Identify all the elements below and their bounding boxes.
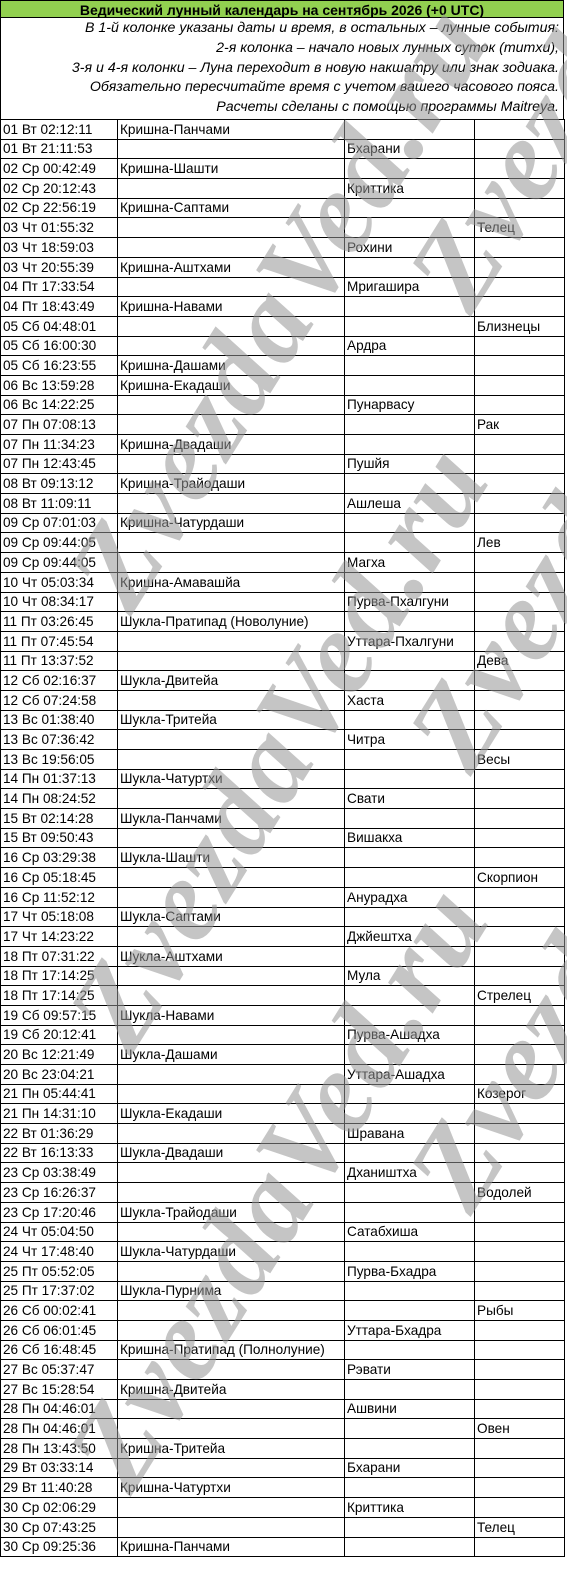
date-time-cell: 10 Чт 05:03:34 <box>1 572 118 592</box>
date-time-cell: 17 Чт 05:18:08 <box>1 907 118 927</box>
zodiac-cell <box>475 474 565 494</box>
date-time-cell: 09 Ср 07:01:03 <box>1 513 118 533</box>
tithi-cell: Шукла-Дашами <box>118 1045 345 1065</box>
date-time-cell: 25 Пт 17:37:02 <box>1 1281 118 1301</box>
nakshatra-cell: Рохини <box>345 238 475 258</box>
table-row: 30 Ср 02:06:29Криттика <box>1 1498 565 1518</box>
zodiac-cell <box>475 1320 565 1340</box>
table-row: 20 Вс 12:21:49Шукла-Дашами <box>1 1045 565 1065</box>
tithi-cell: Шукла-Шашти <box>118 848 345 868</box>
zodiac-cell <box>475 1222 565 1242</box>
date-time-cell: 21 Пн 14:31:10 <box>1 1104 118 1124</box>
tithi-cell <box>118 415 345 435</box>
date-time-cell: 29 Вт 03:33:14 <box>1 1458 118 1478</box>
table-row: 26 Сб 06:01:45Уттара-Бхадра <box>1 1320 565 1340</box>
date-time-cell: 29 Вт 11:40:28 <box>1 1478 118 1498</box>
tithi-cell: Шукла-Пурнима <box>118 1281 345 1301</box>
table-row: 27 Вс 15:28:54Кришна-Двитейа <box>1 1380 565 1400</box>
tithi-cell: Шукла-Двитейа <box>118 671 345 691</box>
tithi-cell <box>118 316 345 336</box>
date-time-cell: 07 Пн 07:08:13 <box>1 415 118 435</box>
nakshatra-cell <box>345 316 475 336</box>
date-time-cell: 27 Вс 15:28:54 <box>1 1380 118 1400</box>
date-time-cell: 05 Сб 16:00:30 <box>1 336 118 356</box>
zodiac-cell <box>475 1005 565 1025</box>
zodiac-cell <box>475 887 565 907</box>
tithi-cell: Кришна-Тритейа <box>118 1439 345 1459</box>
date-time-cell: 19 Сб 20:12:41 <box>1 1025 118 1045</box>
nakshatra-cell <box>345 120 475 140</box>
table-row: 06 Вс 13:59:28Кришна-Екадаши <box>1 375 565 395</box>
tithi-cell <box>118 1360 345 1380</box>
date-time-cell: 12 Сб 07:24:58 <box>1 690 118 710</box>
tithi-cell: Шукла-Панчами <box>118 809 345 829</box>
table-row: 23 Ср 17:20:46Шукла-Трайодаши <box>1 1202 565 1222</box>
tithi-cell: Кришна-Екадаши <box>118 375 345 395</box>
table-row: 19 Сб 20:12:41Пурва-Ашадха <box>1 1025 565 1045</box>
table-row: 28 Пн 13:43:50Кришна-Тритейа <box>1 1439 565 1459</box>
date-time-cell: 15 Вт 02:14:28 <box>1 809 118 829</box>
nakshatra-cell: Мула <box>345 966 475 986</box>
date-time-cell: 09 Ср 09:44:05 <box>1 553 118 573</box>
tithi-cell <box>118 336 345 356</box>
zodiac-cell <box>475 828 565 848</box>
zodiac-cell <box>475 927 565 947</box>
table-row: 05 Сб 16:23:55Кришна-Дашами <box>1 356 565 376</box>
zodiac-cell <box>475 1439 565 1459</box>
date-time-cell: 12 Сб 02:16:37 <box>1 671 118 691</box>
date-time-cell: 11 Пт 13:37:52 <box>1 651 118 671</box>
date-time-cell: 13 Вс 19:56:05 <box>1 750 118 770</box>
nakshatra-cell: Пушйя <box>345 454 475 474</box>
date-time-cell: 19 Сб 09:57:15 <box>1 1005 118 1025</box>
zodiac-cell <box>475 513 565 533</box>
nakshatra-cell <box>345 415 475 435</box>
nakshatra-cell <box>345 651 475 671</box>
tithi-cell <box>118 395 345 415</box>
table-row: 11 Пт 07:45:54Уттара-Пхалгуни <box>1 631 565 651</box>
zodiac-cell <box>475 1340 565 1360</box>
table-row: 09 Ср 09:44:05Лев <box>1 533 565 553</box>
date-time-cell: 13 Вс 07:36:42 <box>1 730 118 750</box>
nakshatra-cell <box>345 1005 475 1025</box>
tithi-cell: Шукла-Пратипад (Новолуние) <box>118 612 345 632</box>
zodiac-cell <box>475 1498 565 1518</box>
nakshatra-cell <box>345 297 475 317</box>
table-row: 06 Вс 14:22:25Пунарвасу <box>1 395 565 415</box>
tithi-cell <box>118 789 345 809</box>
nakshatra-cell: Пунарвасу <box>345 395 475 415</box>
tithi-cell <box>118 1183 345 1203</box>
nakshatra-cell: Анурадха <box>345 887 475 907</box>
table-row: 02 Ср 22:56:19Кришна-Саптами <box>1 198 565 218</box>
table-row: 16 Ср 05:18:45Скорпион <box>1 868 565 888</box>
table-row: 02 Ср 00:42:49Кришна-Шашти <box>1 159 565 179</box>
nakshatra-cell <box>345 848 475 868</box>
date-time-cell: 20 Вс 12:21:49 <box>1 1045 118 1065</box>
zodiac-cell <box>475 257 565 277</box>
zodiac-cell <box>475 139 565 159</box>
tithi-cell: Шукла-Саптами <box>118 907 345 927</box>
note-line: В 1-й колонке указаны даты и время, в ос… <box>1 19 563 39</box>
tithi-cell <box>118 533 345 553</box>
nakshatra-cell: Читра <box>345 730 475 750</box>
nakshatra-cell <box>345 474 475 494</box>
tithi-cell <box>118 179 345 199</box>
date-time-cell: 30 Ср 02:06:29 <box>1 1498 118 1518</box>
zodiac-cell <box>475 1537 565 1557</box>
tithi-cell: Шукла-Аштхами <box>118 946 345 966</box>
zodiac-cell <box>475 553 565 573</box>
zodiac-cell <box>475 454 565 474</box>
nakshatra-cell <box>345 1537 475 1557</box>
table-row: 18 Пт 17:14:25Стрелец <box>1 986 565 1006</box>
date-time-cell: 23 Ср 17:20:46 <box>1 1202 118 1222</box>
nakshatra-cell <box>345 533 475 553</box>
date-time-cell: 10 Чт 08:34:17 <box>1 592 118 612</box>
table-row: 07 Пн 11:34:23Кришна-Двадаши <box>1 435 565 455</box>
date-time-cell: 25 Пт 05:52:05 <box>1 1261 118 1281</box>
date-time-cell: 23 Ср 16:26:37 <box>1 1183 118 1203</box>
zodiac-cell <box>475 1478 565 1498</box>
zodiac-cell <box>475 690 565 710</box>
tithi-cell: Кришна-Шашти <box>118 159 345 179</box>
nakshatra-cell: Сатабхиша <box>345 1222 475 1242</box>
date-time-cell: 05 Сб 04:48:01 <box>1 316 118 336</box>
zodiac-cell <box>475 159 565 179</box>
nakshatra-cell <box>345 809 475 829</box>
date-time-cell: 26 Сб 00:02:41 <box>1 1301 118 1321</box>
date-time-cell: 01 Вт 02:12:11 <box>1 120 118 140</box>
zodiac-cell <box>475 277 565 297</box>
date-time-cell: 03 Чт 20:55:39 <box>1 257 118 277</box>
zodiac-cell <box>475 631 565 651</box>
nakshatra-cell: Мригашира <box>345 277 475 297</box>
table-row: 04 Пт 18:43:49Кришна-Навами <box>1 297 565 317</box>
table-row: 26 Сб 00:02:41Рыбы <box>1 1301 565 1321</box>
tithi-cell: Шукла-Чатурдаши <box>118 1242 345 1262</box>
tithi-cell: Кришна-Чатурдаши <box>118 513 345 533</box>
date-time-cell: 03 Чт 01:55:32 <box>1 218 118 238</box>
tithi-cell: Шукла-Трайодаши <box>118 1202 345 1222</box>
date-time-cell: 03 Чт 18:59:03 <box>1 238 118 258</box>
tithi-cell: Кришна-Трайодаши <box>118 474 345 494</box>
nakshatra-cell <box>345 1242 475 1262</box>
date-time-cell: 08 Вт 11:09:11 <box>1 494 118 514</box>
nakshatra-cell <box>345 1439 475 1459</box>
table-row: 07 Пн 07:08:13Рак <box>1 415 565 435</box>
table-row: 03 Чт 18:59:03Рохини <box>1 238 565 258</box>
note-line: Расчеты сделаны с помощью программы Mait… <box>1 98 563 118</box>
nakshatra-cell <box>345 1478 475 1498</box>
tithi-cell: Кришна-Пратипад (Полнолуние) <box>118 1340 345 1360</box>
tithi-cell <box>118 828 345 848</box>
table-row: 22 Вт 01:36:29Шравана <box>1 1124 565 1144</box>
tithi-cell <box>118 1261 345 1281</box>
nakshatra-cell: Пурва-Бхадра <box>345 1261 475 1281</box>
nakshatra-cell: Ашлеша <box>345 494 475 514</box>
zodiac-cell: Близнецы <box>475 316 565 336</box>
zodiac-cell <box>475 671 565 691</box>
zodiac-cell <box>475 1281 565 1301</box>
tithi-cell <box>118 750 345 770</box>
tithi-cell <box>118 868 345 888</box>
date-time-cell: 11 Пт 03:26:45 <box>1 612 118 632</box>
table-row: 30 Ср 07:43:25Телец <box>1 1517 565 1537</box>
date-time-cell: 28 Пн 04:46:01 <box>1 1399 118 1419</box>
zodiac-cell <box>475 612 565 632</box>
zodiac-cell <box>475 179 565 199</box>
lunar-calendar-sheet: Ведический лунный календарь на сентябрь … <box>0 0 563 1557</box>
nakshatra-cell <box>345 218 475 238</box>
tithi-cell: Шукла-Тритейа <box>118 710 345 730</box>
table-row: 16 Ср 11:52:12Анурадха <box>1 887 565 907</box>
zodiac-cell <box>475 592 565 612</box>
nakshatra-cell: Дхаништха <box>345 1163 475 1183</box>
zodiac-cell <box>475 1380 565 1400</box>
tithi-cell: Кришна-Дашами <box>118 356 345 376</box>
nakshatra-cell <box>345 198 475 218</box>
date-time-cell: 18 Пт 17:14:25 <box>1 966 118 986</box>
table-row: 12 Сб 02:16:37Шукла-Двитейа <box>1 671 565 691</box>
tithi-cell: Кришна-Аштхами <box>118 257 345 277</box>
tithi-cell <box>118 1222 345 1242</box>
nakshatra-cell: Ардра <box>345 336 475 356</box>
tithi-cell <box>118 986 345 1006</box>
nakshatra-cell: Шравана <box>345 1124 475 1144</box>
table-row: 18 Пт 17:14:25Мула <box>1 966 565 986</box>
table-row: 29 Вт 03:33:14Бхарани <box>1 1458 565 1478</box>
date-time-cell: 13 Вс 01:38:40 <box>1 710 118 730</box>
nakshatra-cell: Джйештха <box>345 927 475 947</box>
tithi-cell: Кришна-Навами <box>118 297 345 317</box>
zodiac-cell <box>475 1065 565 1085</box>
table-row: 24 Чт 05:04:50Сатабхиша <box>1 1222 565 1242</box>
table-row: 21 Пн 14:31:10Шукла-Екадаши <box>1 1104 565 1124</box>
zodiac-cell: Стрелец <box>475 986 565 1006</box>
nakshatra-cell <box>345 1340 475 1360</box>
table-row: 18 Пт 07:31:22Шукла-Аштхами <box>1 946 565 966</box>
date-time-cell: 11 Пт 07:45:54 <box>1 631 118 651</box>
zodiac-cell <box>475 1104 565 1124</box>
tithi-cell <box>118 690 345 710</box>
zodiac-cell <box>475 769 565 789</box>
zodiac-cell <box>475 356 565 376</box>
tithi-cell <box>118 887 345 907</box>
tithi-cell <box>118 1399 345 1419</box>
table-row: 24 Чт 17:48:40Шукла-Чатурдаши <box>1 1242 565 1262</box>
nakshatra-cell <box>345 513 475 533</box>
tithi-cell <box>118 1163 345 1183</box>
tithi-cell <box>118 730 345 750</box>
table-row: 13 Вс 07:36:42Читра <box>1 730 565 750</box>
tithi-cell <box>118 1320 345 1340</box>
table-row: 10 Чт 08:34:17Пурва-Пхалгуни <box>1 592 565 612</box>
table-row: 23 Ср 16:26:37Водолей <box>1 1183 565 1203</box>
date-time-cell: 26 Сб 16:48:45 <box>1 1340 118 1360</box>
table-row: 08 Вт 11:09:11Ашлеша <box>1 494 565 514</box>
zodiac-cell <box>475 1360 565 1380</box>
nakshatra-cell <box>345 1143 475 1163</box>
zodiac-cell <box>475 1399 565 1419</box>
tithi-cell <box>118 494 345 514</box>
table-row: 11 Пт 13:37:52Дева <box>1 651 565 671</box>
table-row: 13 Вс 19:56:05Весы <box>1 750 565 770</box>
zodiac-cell <box>475 1025 565 1045</box>
nakshatra-cell: Хаста <box>345 690 475 710</box>
zodiac-cell <box>475 572 565 592</box>
nakshatra-cell <box>345 1301 475 1321</box>
date-time-cell: 06 Вс 13:59:28 <box>1 375 118 395</box>
zodiac-cell: Рыбы <box>475 1301 565 1321</box>
nakshatra-cell: Магха <box>345 553 475 573</box>
zodiac-cell: Козерог <box>475 1084 565 1104</box>
nakshatra-cell <box>345 1281 475 1301</box>
date-time-cell: 17 Чт 14:23:22 <box>1 927 118 947</box>
nakshatra-cell: Уттара-Пхалгуни <box>345 631 475 651</box>
table-row: 12 Сб 07:24:58Хаста <box>1 690 565 710</box>
nakshatra-cell: Рэвати <box>345 1360 475 1380</box>
date-time-cell: 14 Пн 01:37:13 <box>1 769 118 789</box>
nakshatra-cell: Пурва-Пхалгуни <box>345 592 475 612</box>
table-row: 04 Пт 17:33:54Мригашира <box>1 277 565 297</box>
nakshatra-cell: Криттика <box>345 179 475 199</box>
zodiac-cell <box>475 848 565 868</box>
nakshatra-cell: Бхарани <box>345 1458 475 1478</box>
date-time-cell: 16 Ср 03:29:38 <box>1 848 118 868</box>
zodiac-cell <box>475 1261 565 1281</box>
events-table: 01 Вт 02:12:11Кришна-Панчами01 Вт 21:11:… <box>0 119 565 1557</box>
nakshatra-cell: Бхарани <box>345 139 475 159</box>
nakshatra-cell <box>345 868 475 888</box>
zodiac-cell <box>475 375 565 395</box>
tithi-cell <box>118 1498 345 1518</box>
tithi-cell: Шукла-Двадаши <box>118 1143 345 1163</box>
zodiac-cell <box>475 1202 565 1222</box>
table-row: 27 Вс 05:37:47Рэвати <box>1 1360 565 1380</box>
date-time-cell: 24 Чт 05:04:50 <box>1 1222 118 1242</box>
date-time-cell: 04 Пт 17:33:54 <box>1 277 118 297</box>
table-row: 01 Вт 02:12:11Кришна-Панчами <box>1 120 565 140</box>
table-row: 17 Чт 05:18:08Шукла-Саптами <box>1 907 565 927</box>
table-row: 25 Пт 05:52:05Пурва-Бхадра <box>1 1261 565 1281</box>
date-time-cell: 18 Пт 17:14:25 <box>1 986 118 1006</box>
table-row: 25 Пт 17:37:02Шукла-Пурнима <box>1 1281 565 1301</box>
tithi-cell <box>118 1084 345 1104</box>
tithi-cell <box>118 1419 345 1439</box>
date-time-cell: 09 Ср 09:44:05 <box>1 533 118 553</box>
tithi-cell <box>118 927 345 947</box>
date-time-cell: 24 Чт 17:48:40 <box>1 1242 118 1262</box>
tithi-cell <box>118 218 345 238</box>
nakshatra-cell <box>345 375 475 395</box>
zodiac-cell <box>475 336 565 356</box>
table-row: 19 Сб 09:57:15Шукла-Навами <box>1 1005 565 1025</box>
tithi-cell <box>118 1301 345 1321</box>
date-time-cell: 07 Пн 12:43:45 <box>1 454 118 474</box>
zodiac-cell: Весы <box>475 750 565 770</box>
zodiac-cell <box>475 1045 565 1065</box>
tithi-cell <box>118 1124 345 1144</box>
tithi-cell: Шукла-Чатуртхи <box>118 769 345 789</box>
nakshatra-cell: Вишакха <box>345 828 475 848</box>
nakshatra-cell <box>345 750 475 770</box>
nakshatra-cell <box>345 572 475 592</box>
date-time-cell: 26 Сб 06:01:45 <box>1 1320 118 1340</box>
nakshatra-cell <box>345 1380 475 1400</box>
tithi-cell <box>118 631 345 651</box>
date-time-cell: 30 Ср 09:25:36 <box>1 1537 118 1557</box>
date-time-cell: 15 Вт 09:50:43 <box>1 828 118 848</box>
table-row: 01 Вт 21:11:53Бхарани <box>1 139 565 159</box>
tithi-cell: Кришна-Панчами <box>118 1537 345 1557</box>
nakshatra-cell <box>345 907 475 927</box>
tithi-cell <box>118 553 345 573</box>
nakshatra-cell <box>345 710 475 730</box>
date-time-cell: 20 Вс 23:04:21 <box>1 1065 118 1085</box>
date-time-cell: 14 Пн 08:24:52 <box>1 789 118 809</box>
table-row: 14 Пн 08:24:52Свати <box>1 789 565 809</box>
table-row: 22 Вт 16:13:33Шукла-Двадаши <box>1 1143 565 1163</box>
tithi-cell <box>118 1065 345 1085</box>
table-row: 05 Сб 04:48:01Близнецы <box>1 316 565 336</box>
tithi-cell <box>118 139 345 159</box>
tithi-cell: Шукла-Екадаши <box>118 1104 345 1124</box>
notes-block: В 1-й колонке указаны даты и время, в ос… <box>0 18 564 119</box>
zodiac-cell: Скорпион <box>475 868 565 888</box>
table-row: 21 Пн 05:44:41Козерог <box>1 1084 565 1104</box>
nakshatra-cell <box>345 356 475 376</box>
table-row: 13 Вс 01:38:40Шукла-Тритейа <box>1 710 565 730</box>
table-row: 03 Чт 20:55:39Кришна-Аштхами <box>1 257 565 277</box>
zodiac-cell: Телец <box>475 1517 565 1537</box>
date-time-cell: 30 Ср 07:43:25 <box>1 1517 118 1537</box>
zodiac-cell <box>475 966 565 986</box>
table-row: 28 Пн 04:46:01Ашвини <box>1 1399 565 1419</box>
table-row: 14 Пн 01:37:13Шукла-Чатуртхи <box>1 769 565 789</box>
note-line: 2-я колонка – начало новых лунных суток … <box>1 39 563 59</box>
table-row: 23 Ср 03:38:49Дхаништха <box>1 1163 565 1183</box>
date-time-cell: 04 Пт 18:43:49 <box>1 297 118 317</box>
zodiac-cell <box>475 1242 565 1262</box>
nakshatra-cell <box>345 946 475 966</box>
zodiac-cell <box>475 907 565 927</box>
tithi-cell <box>118 651 345 671</box>
nakshatra-cell <box>345 612 475 632</box>
tithi-cell <box>118 454 345 474</box>
nakshatra-cell: Ашвини <box>345 1399 475 1419</box>
nakshatra-cell <box>345 1419 475 1439</box>
date-time-cell: 16 Ср 11:52:12 <box>1 887 118 907</box>
zodiac-cell <box>475 494 565 514</box>
date-time-cell: 18 Пт 07:31:22 <box>1 946 118 966</box>
tithi-cell <box>118 1025 345 1045</box>
tithi-cell: Кришна-Панчами <box>118 120 345 140</box>
zodiac-cell <box>475 946 565 966</box>
nakshatra-cell <box>345 257 475 277</box>
tithi-cell <box>118 1458 345 1478</box>
nakshatra-cell <box>345 1183 475 1203</box>
calendar-title: Ведический лунный календарь на сентябрь … <box>0 0 564 18</box>
zodiac-cell <box>475 198 565 218</box>
nakshatra-cell: Уттара-Бхадра <box>345 1320 475 1340</box>
table-row: 09 Ср 09:44:05Магха <box>1 553 565 573</box>
nakshatra-cell <box>345 435 475 455</box>
zodiac-cell <box>475 1124 565 1144</box>
date-time-cell: 05 Сб 16:23:55 <box>1 356 118 376</box>
table-row: 16 Ср 03:29:38Шукла-Шашти <box>1 848 565 868</box>
date-time-cell: 28 Пн 04:46:01 <box>1 1419 118 1439</box>
